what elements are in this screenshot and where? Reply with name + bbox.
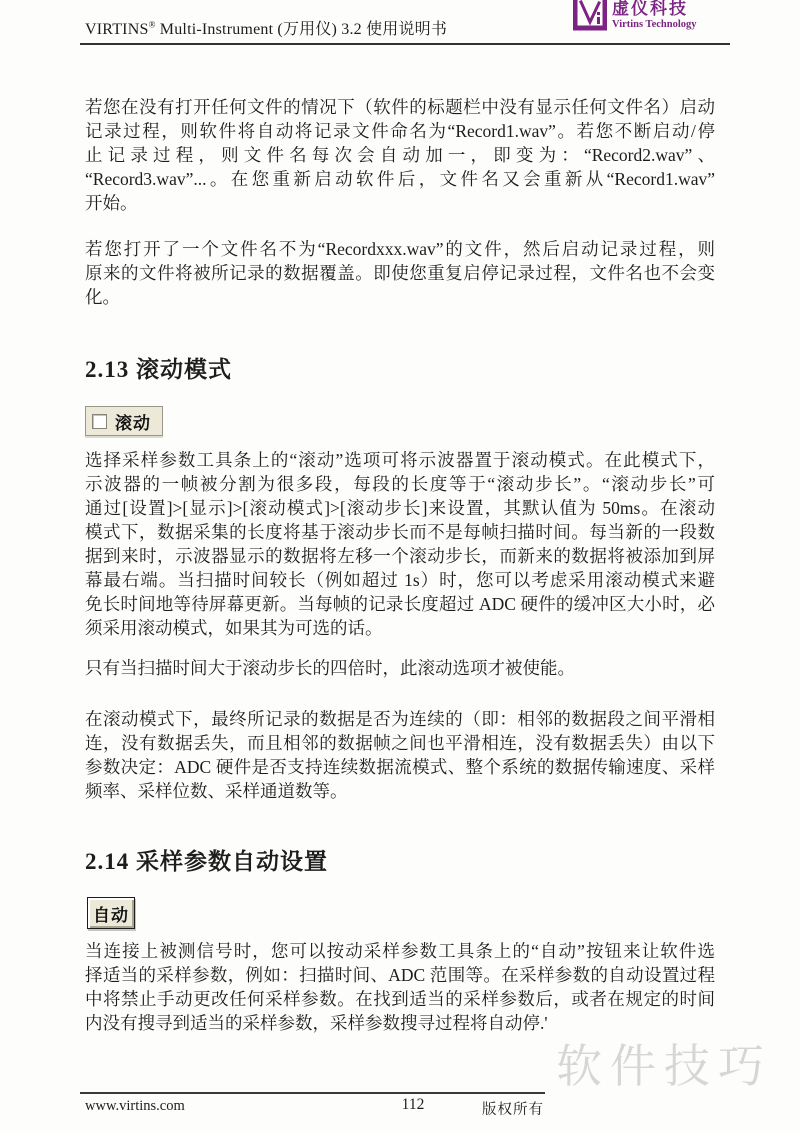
scroll-checkbox-label: 滚动 (115, 409, 151, 434)
manual-page: VIRTINS® Multi-Instrument (万用仪) 3.2 使用说明… (0, 0, 800, 1131)
section-heading-2-13: 2.13 滚动模式 (85, 351, 232, 384)
logo-english-name: Virtins Technology (612, 20, 697, 31)
document-title: VIRTINS® Multi-Instrument (万用仪) 3.2 使用说明… (85, 16, 447, 39)
virtins-logo-icon (573, 0, 607, 31)
logo-chinese-name: 虚仪科技 (612, 0, 697, 17)
paragraph-file-overwrite: 若您打开了一个文件名不为“Recordxxx.wav”的文件，然后启动记录过程，… (85, 237, 715, 309)
paragraph-auto-setting: 当连接上被测信号时，您可以按动采样参数工具条上的“自动”按钮来让软件选择适当的采… (85, 939, 715, 1035)
header-rule (80, 43, 730, 45)
virtins-logo: 虚仪科技 Virtins Technology (573, 0, 697, 31)
auto-button[interactable]: 自动 (87, 897, 135, 929)
paragraph-roll-enable-rule: 只有当扫描时间大于滚动步长的四倍时，此滚动选项才被使能。 (85, 656, 715, 680)
footer-rule (80, 1092, 545, 1094)
checkbox-icon[interactable] (92, 414, 107, 429)
registered-mark: ® (149, 20, 156, 30)
footer-copyright: 版权所有 (482, 1098, 544, 1119)
section-heading-2-14: 2.14 采样参数自动设置 (85, 843, 328, 876)
watermark-text: 软件技巧 (556, 1036, 800, 1096)
paragraph-roll-mode: 选择采样参数工具条上的“滚动”选项可将示波器置于滚动模式。在此模式下，示波器的一… (85, 448, 715, 640)
footer-website: www.virtins.com (85, 1098, 185, 1115)
scroll-checkbox-control[interactable]: 滚动 (85, 406, 163, 436)
paragraph-record-naming: 若您在没有打开任何文件的情况下（软件的标题栏中没有显示任何文件名）启动记录过程，… (85, 95, 715, 215)
footer-page-number: 112 (385, 1096, 441, 1114)
paragraph-data-continuity: 在滚动模式下，最终所记录的数据是否为连续的（即：相邻的数据段之间平滑相连，没有数… (85, 707, 715, 803)
